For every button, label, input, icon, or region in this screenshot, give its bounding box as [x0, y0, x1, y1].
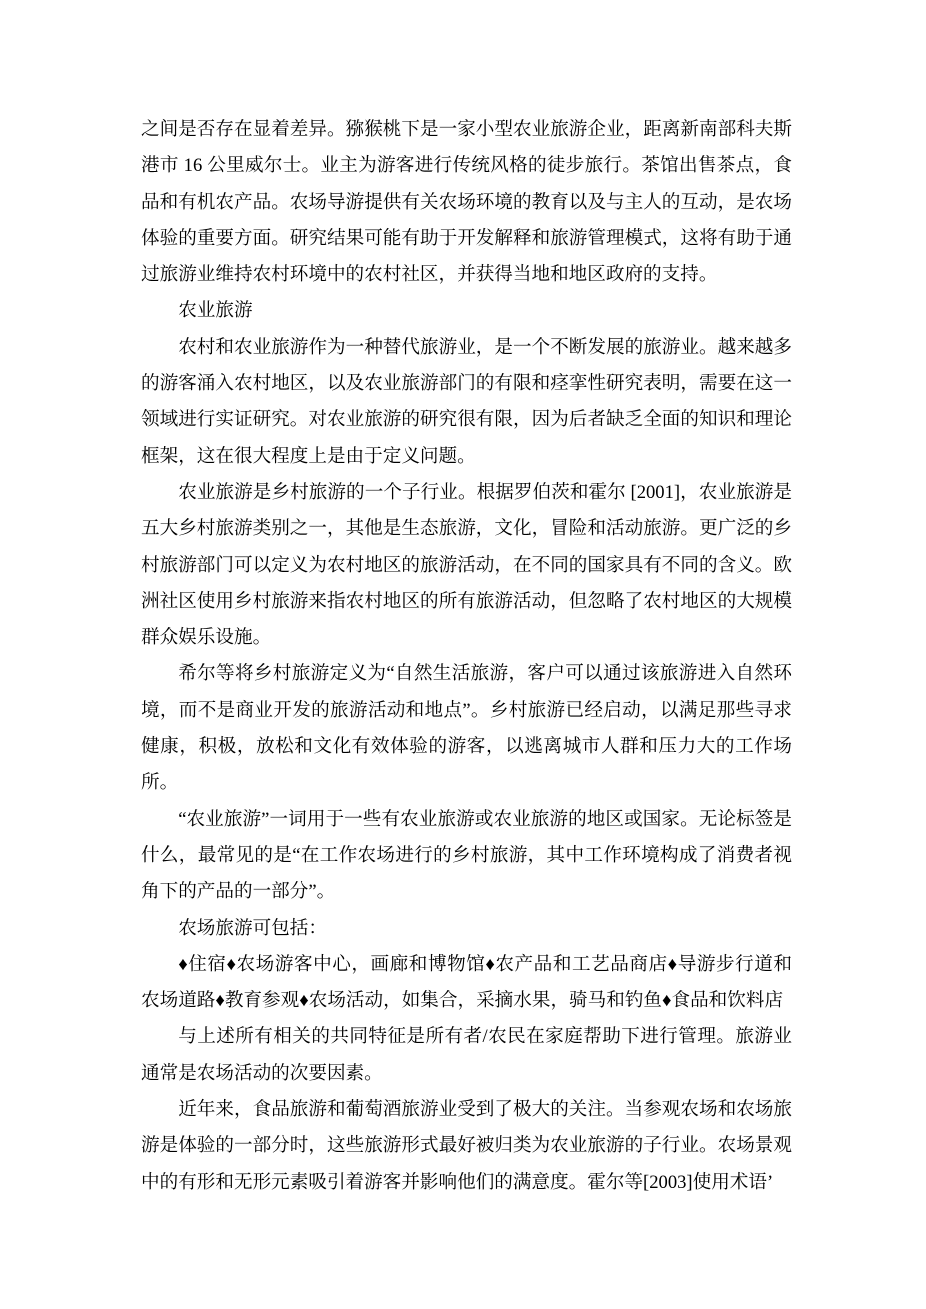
document-body: 之间是否存在显着差异。猕猴桃下是一家小型农业旅游企业，距离新南部科夫斯港市 16… — [141, 112, 792, 1201]
paragraph: 农业旅游是乡村旅游的一个子行业。根据罗伯茨和霍尔 [2001]，农业旅游是五大乡… — [141, 475, 792, 656]
paragraph: 农村和农业旅游作为一种替代旅游业，是一个不断发展的旅游业。越来越多的游客涌入农村… — [141, 330, 792, 475]
paragraph: 农业旅游 — [141, 293, 792, 329]
paragraph: 之间是否存在显着差异。猕猴桃下是一家小型农业旅游企业，距离新南部科夫斯港市 16… — [141, 112, 792, 293]
paragraph: 与上述所有相关的共同特征是所有者/农民在家庭帮助下进行管理。旅游业通常是农场活动… — [141, 1019, 792, 1092]
paragraph: 近年来，食品旅游和葡萄酒旅游业受到了极大的关注。当参观农场和农场旅游是体验的一部… — [141, 1092, 792, 1201]
paragraph: ♦住宿♦农场游客中心，画廊和博物馆♦农产品和工艺品商店♦导游步行道和农场道路♦教… — [141, 947, 792, 1020]
paragraph: “农业旅游”一词用于一些有农业旅游或农业旅游的地区或国家。无论标签是什么，最常见… — [141, 802, 792, 911]
paragraph: 农场旅游可包括： — [141, 911, 792, 947]
document-page: 之间是否存在显着差异。猕猴桃下是一家小型农业旅游企业，距离新南部科夫斯港市 16… — [0, 0, 926, 1309]
paragraph: 希尔等将乡村旅游定义为“自然生活旅游，客户可以通过该旅游进入自然环境，而不是商业… — [141, 656, 792, 801]
